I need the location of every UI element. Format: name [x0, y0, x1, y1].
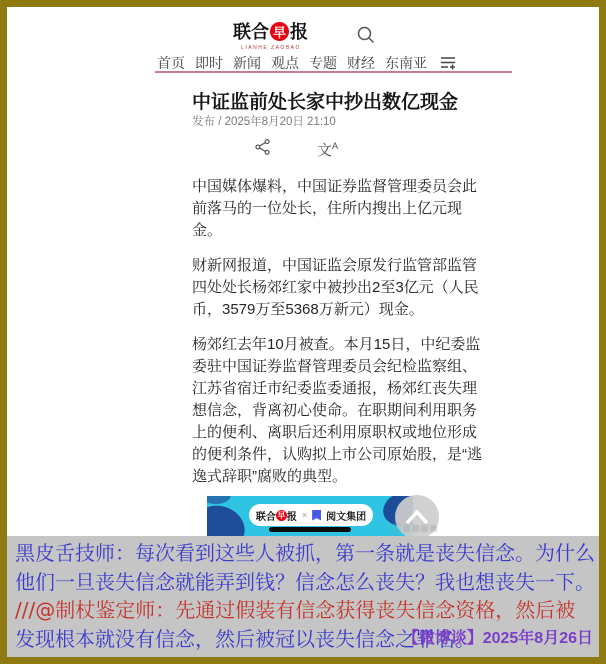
page: 联合早报 LIANHE ZAOBAO 首页即时新闻观点专题财经东南亚 中证监前处… — [0, 0, 606, 664]
banner-brand-pill: 联合早报 × 阅文集团 — [249, 504, 373, 526]
ink-splash-decoration — [207, 499, 251, 538]
nav-item[interactable]: 东南亚 — [385, 53, 427, 73]
search-icon[interactable] — [356, 25, 376, 45]
logo-red-circle: 早 — [270, 22, 289, 41]
publish-timestamp: 发布 / 2025年8月20日 21:10 — [192, 113, 336, 129]
zaobao-logo[interactable]: 联合早报 LIANHE ZAOBAO — [233, 18, 343, 51]
nav-item[interactable]: 首页 — [157, 53, 185, 73]
article-paragraph: 财新网报道，中国证监会原发行监管部监管四处处长杨郊红家中被抄出2至3亿元（人民币… — [192, 255, 484, 321]
weibo-comment-line: 黑皮舌技师：每次看到这些人被抓，第一条就是丧失信念。为什么 — [15, 539, 606, 568]
nav-item[interactable]: 专题 — [309, 53, 337, 73]
weibo-comment-line: ///@制杖鉴定师：先通过假装有信念获得丧失信念资格，然后被 — [15, 596, 606, 625]
nav-bar: 首页即时新闻观点专题财经东南亚 — [157, 53, 456, 73]
article-body: 中国媒体爆料，中国证券监督管理委员会此前落马的一位处长，住所内搜出上亿元现金。财… — [192, 176, 484, 501]
logo-subtext: LIANHE ZAOBAO — [233, 45, 309, 51]
yuewen-flag-icon — [312, 510, 321, 521]
banner-black-bar — [269, 527, 351, 532]
article-action-row: 文A — [254, 138, 338, 161]
article-paragraph: 杨郊红去年10月被查。本月15日，中纪委监委驻中国证券监督管理委员会纪检监察组、… — [192, 334, 484, 488]
nav-item[interactable]: 新闻 — [233, 53, 261, 73]
share-icon[interactable] — [254, 138, 271, 161]
nav-item[interactable]: 财经 — [347, 53, 375, 73]
nav-underline — [155, 71, 512, 73]
banner-x-separator: × — [302, 510, 307, 520]
logo-post: 报 — [290, 18, 308, 44]
weibo-talk-date: 【微博谈】2025年8月26日 — [403, 625, 593, 648]
nav-items: 首页即时新闻观点专题财经东南亚 — [157, 53, 427, 73]
logo-pre: 联合 — [233, 18, 269, 44]
weibo-watermark — [391, 523, 437, 533]
article-paragraph: 中国媒体爆料，中国证券监督管理委员会此前落马的一位处长，住所内搜出上亿元现金。 — [192, 176, 484, 242]
nav-item[interactable]: 即时 — [195, 53, 223, 73]
banner-partner-name: 阅文集团 — [326, 508, 366, 523]
promo-banner[interactable]: 联合早报 × 阅文集团 — [207, 496, 413, 538]
banner-zaobao-logo: 联合早报 — [256, 508, 297, 523]
banner-logo-red-circle: 早 — [276, 510, 287, 521]
weibo-eye-icon — [391, 523, 401, 533]
weibo-talk-panel: 黑皮舌技师：每次看到这些人被抓，第一条就是丧失信念。为什么他们一旦丧失信念就能弄… — [7, 536, 606, 664]
weibo-comment-line: 他们一旦丧失信念就能弄到钱？信念怎么丧失？我也想丧失一下。 — [15, 568, 606, 597]
zaobao-logo-text: 联合早报 — [233, 18, 343, 44]
translate-icon[interactable]: 文A — [317, 142, 338, 158]
ink-splash-decoration — [207, 496, 231, 504]
article-title: 中证监前处长家中抄出数亿现金 — [192, 87, 522, 114]
nav-item[interactable]: 观点 — [271, 53, 299, 73]
